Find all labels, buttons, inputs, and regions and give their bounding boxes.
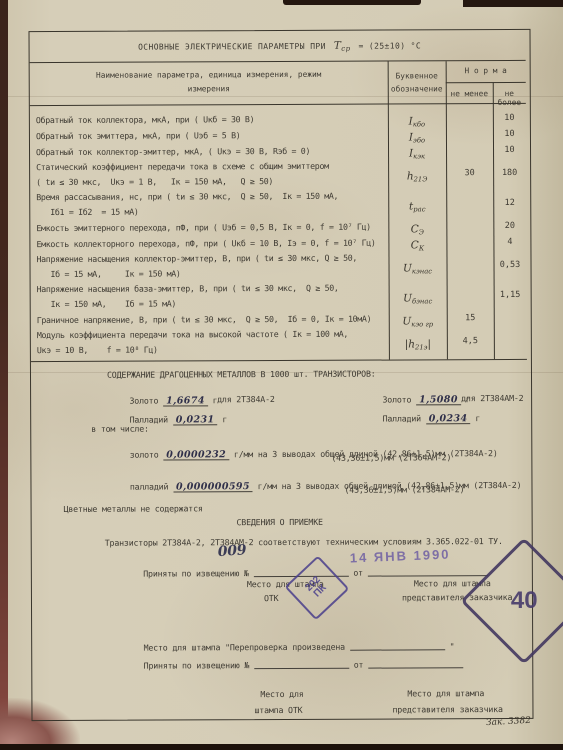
- table-row: Напряжение насыщения коллектор-эмиттер, …: [30, 250, 526, 282]
- table-row: Статический коэффициент передачи тока в …: [30, 158, 526, 190]
- palladium-line-2: Палладий 0,0234 г: [344, 403, 480, 435]
- notice-date-blank: [368, 566, 488, 577]
- norm-max: 20: [493, 221, 526, 231]
- param-text: Iк = 150 мА, Iб = 15 мА): [37, 296, 389, 313]
- param-symbol: Uкэнас: [388, 256, 446, 275]
- table-divider: [446, 82, 526, 84]
- param-symbol: Uкэо гр: [389, 309, 447, 328]
- param-text: Обратный ток коллектора, мкА, при ( Uкб …: [36, 111, 388, 128]
- norm-max: 10: [493, 129, 526, 139]
- acceptance-heading: СВЕДЕНИЯ О ПРИЕМКЕ: [32, 516, 528, 528]
- param-symbol: tрас: [388, 194, 446, 213]
- param-text: Модуль коэффициента передачи тока на выс…: [37, 327, 389, 344]
- including-label: в том числе:: [91, 424, 149, 434]
- param-text: Uкэ = 10 В, f = 10⁸ Гц): [37, 342, 389, 359]
- table-row: Напряжение насыщения база-эмиттер, В, пр…: [31, 280, 527, 312]
- param-symbol: h21Э: [388, 164, 446, 183]
- param-text: ( tи ≤ 30 мкс, Uкэ = 1 В, Iк = 150 мА, Q…: [36, 174, 388, 191]
- param-symbol: CК: [388, 233, 446, 252]
- for-type-1: для 2Т384А-2: [217, 394, 275, 404]
- notice2-date-blank: [368, 658, 463, 668]
- document-title: ОСНОВНЫЕ ЭЛЕКТРИЧЕСКИЕ ПАРАМЕТРЫ ПРИ Тср…: [30, 30, 530, 62]
- norm-min: 15: [447, 313, 494, 323]
- param-symbol: Uбэнас: [389, 286, 447, 305]
- param-symbol: |h21э|: [389, 332, 447, 351]
- param-text: Обратный ток эмиттера, мкА, при ( Uэб = …: [36, 127, 388, 144]
- column-header-min: не менее: [446, 89, 493, 98]
- parameters-table: Наименование параметра, единица измерени…: [30, 60, 527, 362]
- accepted-by-notice-line-2: Приняты по извещению № от: [105, 648, 463, 681]
- param-text: Граничное напряжение, В, при ( tи ≤ 30 м…: [37, 311, 389, 328]
- bottom-customer-label: Место для штампа: [407, 688, 484, 698]
- palladium-length-2: (43,36±1,5)мм (2Т384АМ-2): [344, 484, 464, 495]
- bottom-otk-label: Место для: [260, 689, 303, 699]
- photo-of-document: ОСНОВНЫЕ ЭЛЕКТРИЧЕСКИЕ ПАРАМЕТРЫ ПРИ Тср…: [0, 0, 563, 750]
- norm-max: 180: [493, 168, 526, 178]
- param-text: Обратный ток коллектор-эмиттер, мкА, ( U…: [36, 143, 388, 160]
- norm-max: 12: [493, 198, 526, 208]
- param-text: Статический коэффициент передачи тока в …: [36, 159, 388, 176]
- norm-min: 30: [446, 168, 493, 178]
- bottom-otk-label-2: штампа ОТК: [254, 705, 302, 715]
- param-symbol: Iкэк: [388, 141, 446, 160]
- temp-symbol: Тср: [334, 39, 351, 52]
- param-text: Iб = 15 мА, Iк = 150 мА): [37, 266, 389, 283]
- backdrop-gap: [463, 0, 563, 7]
- metals-heading: СОДЕРЖАНИЕ ДРАГОЦЕННЫХ МЕТАЛЛОВ В 1000 ш…: [107, 369, 376, 380]
- param-text: Iб1 = Iб2 = 15 мА): [36, 204, 388, 221]
- norm-max: 0,53: [494, 260, 527, 270]
- column-header-symbol: Буквенное обозначение: [388, 69, 446, 95]
- otk-stamp-label-2: ОТК: [264, 593, 278, 603]
- norm-min: 4,5: [447, 336, 494, 346]
- precious-metals-section: СОДЕРЖАНИЕ ДРАГОЦЕННЫХ МЕТАЛЛОВ В 1000 ш…: [31, 366, 527, 368]
- backdrop-bottom-edge: [0, 744, 563, 750]
- column-header-norma: Н о р м а: [446, 66, 526, 75]
- title-text: ОСНОВНЫЕ ЭЛЕКТРИЧЕСКИЕ ПАРАМЕТРЫ ПРИ: [138, 41, 326, 51]
- document-border-box: ОСНОВНЫЕ ЭЛЕКТРИЧЕСКИЕ ПАРАМЕТРЫ ПРИ Тср…: [28, 29, 533, 721]
- norm-max: 10: [493, 113, 526, 123]
- param-text: Емкость эмиттерного перехода, пФ, при ( …: [36, 219, 388, 236]
- table-body: Обратный ток коллектора, мкА, при ( Uкб …: [30, 104, 527, 361]
- norm-max: 4: [493, 237, 526, 247]
- gold-length-2: (43,36±1,5)мм (2Т364АМ-2): [331, 452, 451, 463]
- title-temp-value: = (25±10) °С: [358, 41, 421, 50]
- table-row: Модуль коэффициента передачи тока на выс…: [31, 326, 527, 358]
- notice-number-handwritten: 009: [217, 542, 247, 560]
- for-type-2: для 2Т384АМ-2: [461, 393, 523, 403]
- notice2-number-blank: [254, 659, 349, 669]
- no-nonferrous-note: Цветные металлы не содержатся: [64, 503, 203, 514]
- param-text: Напряжение насыщения коллектор-эмиттер, …: [36, 251, 388, 268]
- param-text: Напряжение насыщения база-эмиттер, В, пр…: [37, 281, 389, 298]
- table-row: Время рассасывания, нс, при ( tи ≤ 30 мк…: [30, 188, 526, 220]
- norm-max: 1,15: [494, 290, 527, 300]
- backdrop-gap: [283, 0, 421, 5]
- bottom-customer-label-2: представителя заказчика: [392, 704, 502, 714]
- param-text: Емкость коллекторного перехода, пФ, при …: [36, 235, 388, 252]
- norm-max: 10: [493, 145, 526, 155]
- column-header-name: Наименование параметра, единица измерени…: [30, 68, 388, 98]
- backdrop-left-edge: [0, 0, 8, 750]
- param-text: Время рассасывания, нс, при ( tи ≤ 30 мк…: [36, 189, 388, 206]
